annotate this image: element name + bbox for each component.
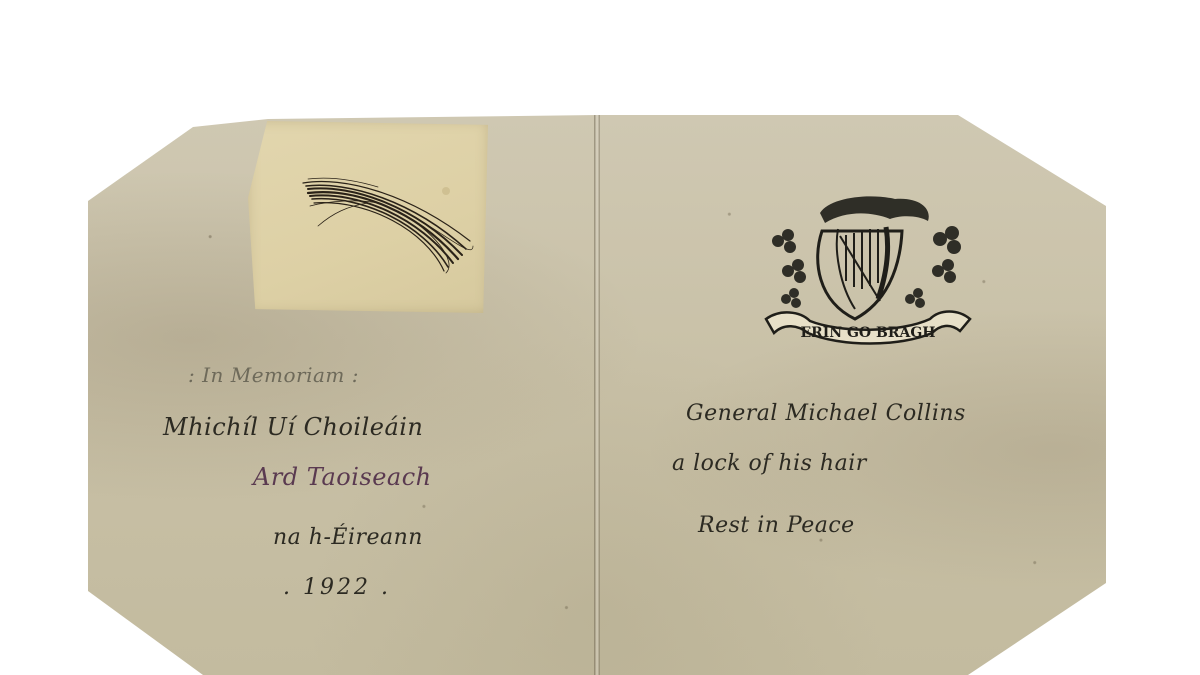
emblem-motto: ERIN GO BRAGH	[800, 325, 935, 341]
image-stage: ERIN GO BRAGH : In Memoriam : Mhichíl Uí…	[0, 0, 1200, 675]
erin-go-bragh-emblem: ERIN GO BRAGH	[760, 191, 975, 351]
description-line: a lock of his hair	[672, 451, 867, 476]
year: . 1922 .	[283, 575, 391, 600]
in-memoriam-heading: : In Memoriam :	[188, 363, 359, 387]
card-fold	[594, 113, 600, 675]
title-irish: Ard Taoiseach	[253, 463, 432, 491]
title-irish-text: Ard Taoiseach	[253, 463, 432, 491]
memorial-card: ERIN GO BRAGH : In Memoriam : Mhichíl Uí…	[88, 113, 1106, 675]
harp-shamrock-crest-icon: ERIN GO BRAGH	[760, 191, 975, 351]
name-english: General Michael Collins	[686, 401, 966, 426]
name-irish: Mhichíl Uí Choileáin	[163, 413, 423, 441]
rest-in-peace-line: Rest in Peace	[698, 513, 855, 538]
lock-of-hair-icon	[248, 121, 488, 313]
title-irish-cont: na h-Éireann	[273, 525, 423, 550]
hair-patch	[248, 121, 488, 313]
